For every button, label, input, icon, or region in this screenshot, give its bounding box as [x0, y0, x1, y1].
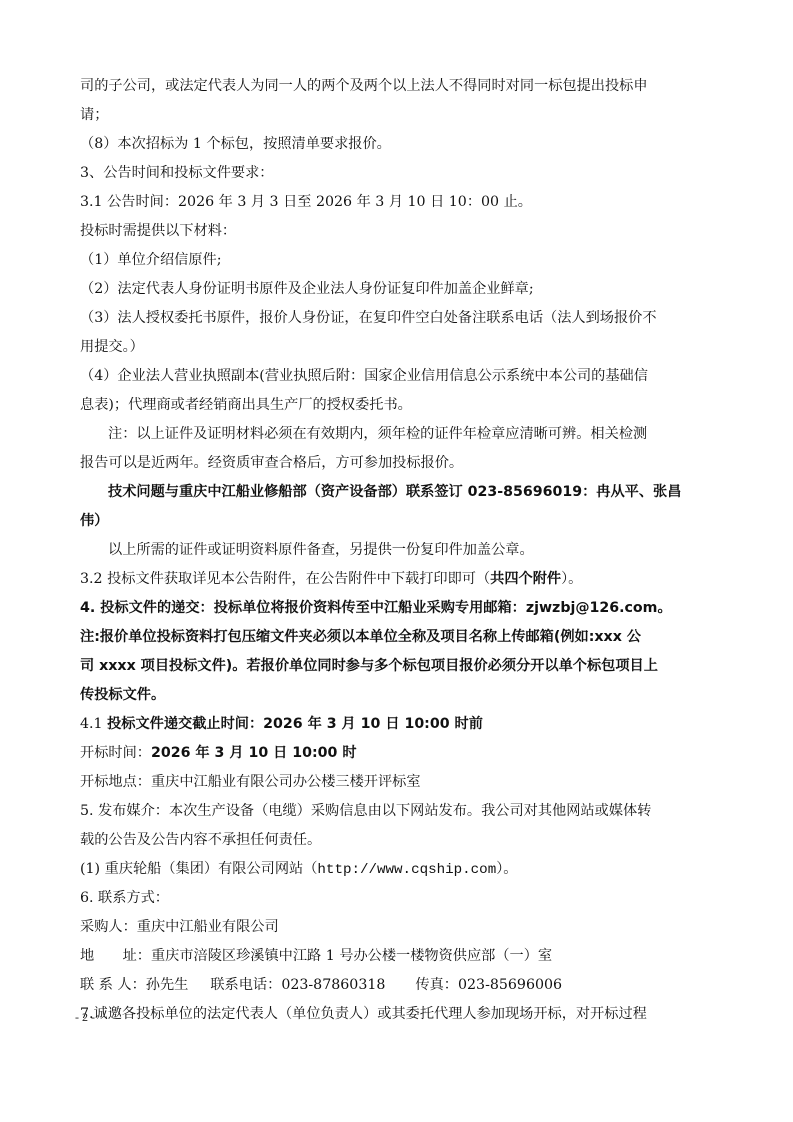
section-7-invitation: 7.诚邀各投标单位的法定代表人（单位负责人）或其委托代理人参加现场开标，对开标过… [80, 1000, 730, 1029]
contact-person: 孙先生 [146, 977, 189, 993]
section-3-1: 3.1 公告时间：2026 年 3 月 3 日至 2026 年 3 月 10 日… [80, 188, 730, 217]
website-link[interactable]: http://www.cqship.com [317, 862, 496, 878]
website-tail: ）。 [496, 861, 517, 877]
material-item-3: （3）法人授权委托书原件，报价人身份证，在复印件空白处备注联系电话（法人到场报价… [80, 304, 730, 333]
opening-location: 开标地点：重庆中江船业有限公司办公楼三楼开评标室 [80, 768, 730, 797]
copy-note: 以上所需的证件或证明资料原件备查，另提供一份复印件加盖公章。 [80, 536, 730, 565]
submission-note-cont: 司 xxxx 项目投标文件)。若报价单位同时参与多个标包项目报价必须分开以单个标… [80, 652, 730, 681]
website-item: (1) 重庆轮船（集团）有限公司网站（http://www.cqship.com… [80, 855, 730, 884]
tech-contact-bold: 技术问题与重庆中江船业修船部（资产设备部）联系签订 023-85696019：冉… [80, 478, 730, 507]
section-5-media: 5. 发布媒介：本次生产设备（电缆）采购信息由以下网站发布。我公司对其他网站或媒… [80, 797, 730, 826]
text-line: 请； [80, 101, 730, 130]
section-4-submission: 4. 投标文件的递交：投标单位将报价资料传至中江船业采购专用邮箱：zjwzbj@… [80, 594, 730, 623]
section-5-media-cont: 载的公告及公告内容不承担任何责任。 [80, 826, 730, 855]
material-item-2: （2）法定代表人身份证明书原件及企业法人身份证复印件加盖企业鲜章; [80, 275, 730, 304]
material-item-4-cont: 息表)；代理商或者经销商出具生产厂的授权委托书。 [80, 391, 730, 420]
opening-time-value: 2026 年 3 月 10 日 10:00 时 [151, 745, 357, 761]
address-value: 重庆市涪陵区珍溪镇中江路 1 号办公楼一楼物资供应部（一）室 [151, 948, 552, 964]
section-3-2-tail: ）。 [561, 571, 582, 587]
section-3-2: 3.2 投标文件获取详见本公告附件，在公告附件中下载打印即可（共四个附件）。 [80, 565, 730, 594]
purchaser: 采购人：重庆中江船业有限公司 [80, 913, 730, 942]
website-label: (1) 重庆轮船（集团）有限公司网站（ [80, 861, 317, 877]
page-number: - 2 - [75, 1010, 95, 1025]
address-label: 地 址： [80, 948, 151, 964]
document-page: 司的子公司，或法定代表人为同一人的两个及两个以上法人不得同时对同一标包提出投标申… [80, 72, 730, 1029]
text-line: 司的子公司，或法定代表人为同一人的两个及两个以上法人不得同时对同一标包提出投标申 [80, 72, 730, 101]
attachment-count: 共四个附件 [490, 571, 561, 587]
contact-person-label: 联 系 人： [80, 977, 146, 993]
phone-label: 联系电话： [210, 977, 281, 993]
address: 地 址：重庆市涪陵区珍溪镇中江路 1 号办公楼一楼物资供应部（一）室 [80, 942, 730, 971]
deadline-text: 投标文件递交截止时间：2026 年 3 月 10 日 10:00 时前 [107, 716, 483, 732]
material-item-4: （4）企业法人营业执照副本(营业执照后附：国家企业信用信息公示系统中本公司的基础… [80, 362, 730, 391]
phone-number: 023-87860318 [281, 977, 385, 993]
section-3-2-text: 3.2 投标文件获取详见本公告附件，在公告附件中下载打印即可（ [80, 571, 490, 587]
note-paragraph: 注：以上证件及证明材料必须在有效期内，须年检的证件年检章应清晰可辨。相关检测 [80, 420, 730, 449]
section-4-1-label: 4.1 [80, 716, 107, 732]
opening-time: 开标时间：2026 年 3 月 10 日 10:00 时 [80, 739, 730, 768]
submission-note: 注:报价单位投标资料打包压缩文件夹必须以本单位全称及项目名称上传邮箱(例如:xx… [80, 623, 730, 652]
fax-label: 传真： [415, 977, 458, 993]
section-6-contact: 6. 联系方式： [80, 884, 730, 913]
material-item-1: （1）单位介绍信原件; [80, 246, 730, 275]
material-item-3-cont: 用提交。） [80, 333, 730, 362]
list-item-8: （8）本次招标为 1 个标包，按照清单要求报价。 [80, 130, 730, 159]
note-paragraph-cont: 报告可以是近两年。经资质审查合格后，方可参加投标报价。 [80, 449, 730, 478]
tech-contact-bold-cont: 伟） [80, 507, 730, 536]
fax-number: 023-85696006 [458, 977, 562, 993]
section-3-heading: 3、公告时间和投标文件要求： [80, 159, 730, 188]
materials-heading: 投标时需提供以下材料： [80, 217, 730, 246]
contact-row: 联 系 人：孙先生联系电话：023-87860318传真：023-8569600… [80, 971, 730, 1000]
opening-time-label: 开标时间： [80, 745, 151, 761]
submission-note-cont2: 传投标文件。 [80, 681, 730, 710]
section-4-1-deadline: 4.1 投标文件递交截止时间：2026 年 3 月 10 日 10:00 时前 [80, 710, 730, 739]
